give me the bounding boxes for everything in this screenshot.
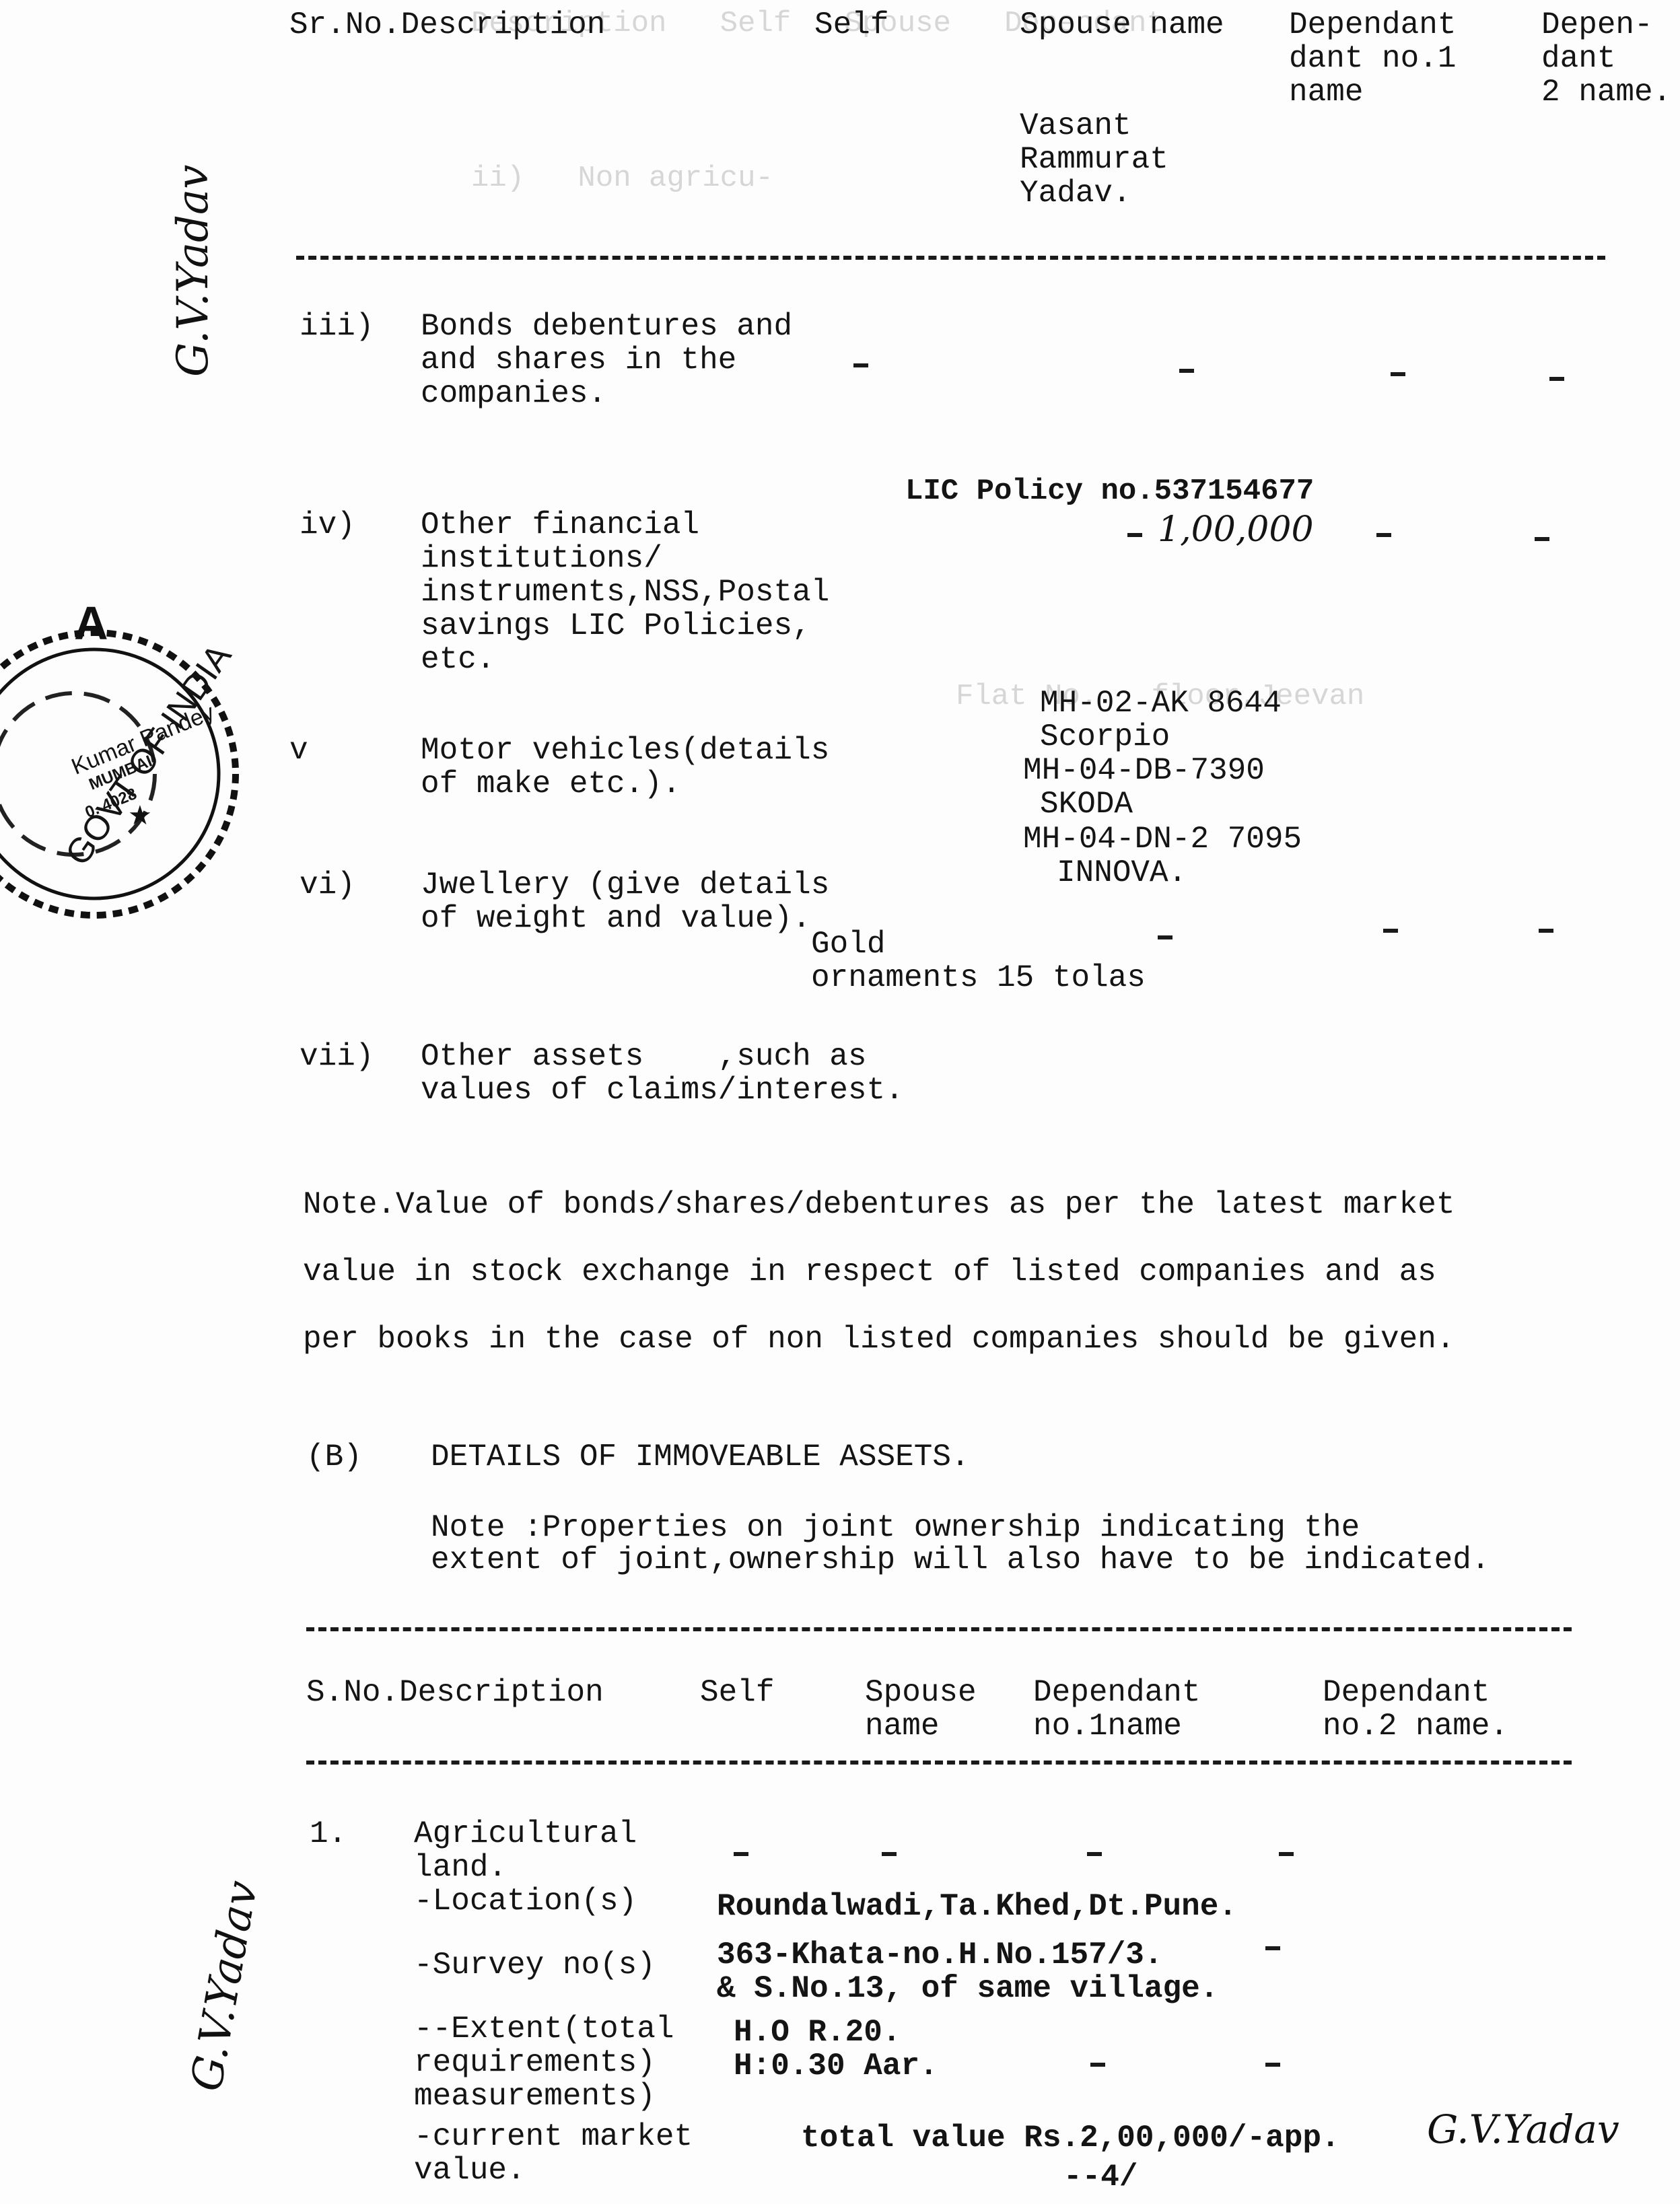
empty-dash [1549, 377, 1564, 381]
header-spouse: Spouse [865, 1676, 977, 1709]
bleed-through-text: ii) Non agricu- [471, 162, 773, 195]
row-description: Agricultural [414, 1817, 637, 1851]
empty-dash [853, 363, 868, 367]
header-dependant1: no.1name [1033, 1709, 1182, 1743]
empty-dash [1265, 2063, 1280, 2067]
extent-value: H.O R.20. [734, 2016, 901, 2049]
empty-dash [1090, 2063, 1105, 2067]
vehicle-make: Scorpio [1040, 720, 1170, 754]
note-shares-line: value in stock exchange in respect of li… [303, 1255, 1436, 1289]
jewellery-detail: ornaments 15 tolas [811, 961, 1146, 995]
row-number: iv) [300, 508, 355, 542]
table-divider [306, 1761, 1572, 1765]
empty-dash [1158, 935, 1172, 939]
header-sno-description: S.No.Description [306, 1676, 604, 1709]
row-number: vii) [300, 1040, 374, 1073]
row-description: of weight and value). [421, 902, 811, 935]
empty-dash [1383, 929, 1398, 933]
empty-dash [1127, 533, 1142, 537]
row-description: Other financial [421, 508, 699, 542]
value-label: -current market [414, 2120, 693, 2154]
empty-dash [1087, 1852, 1102, 1856]
empty-dash [1376, 533, 1391, 537]
row-description: institutions/ [421, 542, 662, 575]
section-title: DETAILS OF IMMOVEABLE ASSETS. [431, 1440, 970, 1474]
row-number: v [289, 734, 308, 767]
empty-dash [882, 1852, 897, 1856]
header-srno-description: Sr.No.Description [289, 8, 605, 42]
empty-dash [1265, 1946, 1280, 1950]
vehicle-registration: MH-04-DN-2 7095 [1023, 822, 1302, 856]
header-self: Self [814, 8, 888, 42]
page-number: --4/ [1063, 2160, 1137, 2194]
header-dependant2: no.2 name. [1323, 1709, 1508, 1743]
row-description: etc. [421, 643, 495, 676]
section-note: extent of joint,ownership will also have… [431, 1543, 1490, 1577]
empty-dash [1391, 372, 1405, 376]
header-dependant2: Dependant [1323, 1676, 1490, 1709]
row-description: instruments,NSS,Postal [421, 575, 829, 609]
spouse-name: Vasant [1020, 109, 1131, 143]
vehicle-make: INNOVA. [1057, 856, 1187, 890]
survey-value: & S.No.13, of same village. [717, 1972, 1218, 2005]
survey-value: 363-Khata-no.H.No.157/3. [717, 1938, 1163, 1972]
signature-margin-top: G.V.Yadav [168, 165, 218, 377]
extent-value: H:0.30 Aar. [734, 2049, 938, 2083]
signature-margin-bottom: G.V.Yadav [182, 1878, 268, 2095]
row-description: land. [414, 1851, 507, 1884]
row-description: values of claims/interest. [421, 1073, 904, 1107]
extent-label: requirements) [414, 2046, 656, 2079]
row-description: Jwellery (give details [421, 868, 829, 902]
row-description: and shares in the [421, 343, 736, 377]
value-label: value. [414, 2154, 526, 2187]
total-value: total value Rs.2,00,000/-app. [801, 2121, 1340, 2155]
table-divider [296, 256, 1605, 260]
location-label: -Location(s) [414, 1884, 637, 1918]
empty-dash [1279, 1852, 1294, 1856]
header-dependant2: Depen- [1541, 8, 1653, 42]
lic-policy-value: 1,00,000 [1158, 513, 1314, 546]
row-description: Bonds debentures and [421, 310, 792, 343]
vehicle-registration: MH-02-AK 8644 [1040, 686, 1282, 720]
lic-policy-number: LIC Policy no.537154677 [905, 474, 1314, 508]
header-dependant2: 2 name. [1541, 75, 1671, 109]
header-dependant1: Dependant [1289, 8, 1456, 42]
row-description: savings LIC Policies, [421, 609, 811, 643]
header-spouse: Spouse name [1020, 8, 1224, 42]
row-description: companies. [421, 377, 606, 411]
row-number: 1. [310, 1817, 347, 1851]
header-dependant1: Dependant [1033, 1676, 1200, 1709]
header-dependant1: dant no.1 [1289, 42, 1456, 75]
row-description: Motor vehicles(details [421, 734, 829, 767]
header-spouse: name [865, 1709, 939, 1743]
extent-label: measurements) [414, 2079, 656, 2113]
vehicle-make: SKODA [1040, 787, 1133, 821]
header-dependant2: dant [1541, 42, 1615, 75]
note-shares-line: Note.Value of bonds/shares/debentures as… [303, 1188, 1455, 1221]
spouse-name: Yadav. [1020, 176, 1131, 210]
header-self: Self [700, 1676, 774, 1709]
table-divider [306, 1627, 1572, 1631]
empty-dash [1179, 369, 1194, 373]
empty-dash [734, 1852, 748, 1856]
section-label: (B) [306, 1440, 362, 1474]
section-note: Note :Properties on joint ownership indi… [431, 1511, 1360, 1544]
row-number: iii) [300, 310, 374, 343]
survey-label: -Survey no(s) [414, 1948, 656, 1982]
location-value: Roundalwadi,Ta.Khed,Dt.Pune. [717, 1890, 1237, 1923]
empty-dash [1539, 929, 1553, 933]
svg-text:A: A [74, 597, 108, 649]
note-shares-line: per books in the case of non listed comp… [303, 1322, 1455, 1356]
row-number: vi) [300, 868, 355, 902]
empty-dash [1535, 537, 1549, 541]
spouse-name: Rammurat [1020, 143, 1168, 176]
signature-bottom-right: G.V.Yadav [1427, 2106, 1619, 2152]
jewellery-detail: Gold [811, 927, 885, 961]
notary-stamp: A ★ Kumar Pandey MUMBAI 0. 4028 GOVT OF … [0, 552, 283, 969]
row-description: of make etc.). [421, 767, 680, 801]
extent-label: --Extent(total [414, 2012, 674, 2046]
header-dependant1: name [1289, 75, 1363, 109]
vehicle-registration: MH-04-DB-7390 [1023, 754, 1265, 787]
row-description: Other assets ,such as [421, 1040, 867, 1073]
